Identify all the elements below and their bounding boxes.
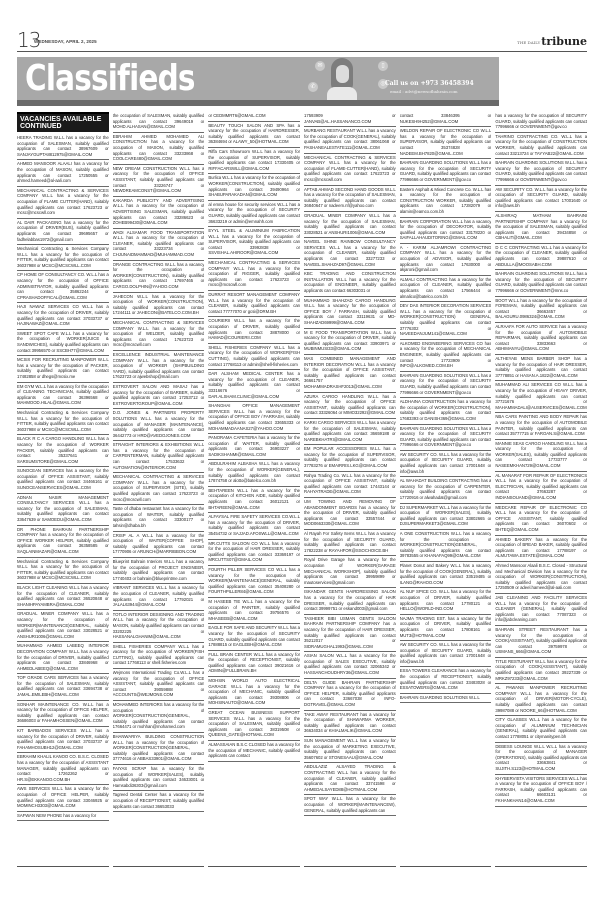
classified-ad: BHANWARIYA BUILDING CONSTRUCTION W.L.L h…: [113, 733, 205, 765]
section-heading: VACANCIES AVAILABLE CONTINUED: [17, 112, 109, 132]
classified-ad: TOTLO INTERIOR DESIGNING AND TRADING W.L…: [113, 611, 205, 643]
classified-ad: CP HOME OF CONSULTANCY CO. W.L.L has a v…: [17, 271, 109, 303]
classified-ad: MOHSIN WORLD AUTO ELECTRICAL GARAGE W.L.…: [208, 677, 300, 709]
classified-ad: DELTA GUIDE BAHRAIN PARTNERSHIP COMPANY …: [304, 679, 396, 711]
classified-ad: EAGLE FOR SAFE AND SECURITY W.L.L has a …: [208, 624, 300, 650]
ad-list: HEERA TRADING W.L.L has a vacancy for th…: [17, 134, 109, 821]
envelope-icon: ✉: [315, 61, 325, 71]
classified-ad: KBC TRADING AND CONSTRUCTION INSTALLATIO…: [304, 270, 396, 296]
classified-ad: ALTHEYAB MENS BARBER SHOP has a vacancy …: [495, 355, 587, 381]
classified-ad: STRAIGHT INTERIORS & EXHIBITIONS W.L.L h…: [113, 441, 205, 473]
classified-ad: NBA CARS PAINTING AND BODY REPAIR has a …: [495, 413, 587, 439]
classified-ad: HAJI NAWAZ SERVICES CO W.L.L has a vacan…: [17, 303, 109, 329]
classified-ad: Burlica W.L.L has a vacancy for the occu…: [208, 174, 300, 200]
classified-ad: BLACK LIGHT CLEANING W.L.L has a vacancy…: [17, 584, 109, 610]
classified-ad: JAB CLEANING AND FACILITY SERVICES W.L.L…: [495, 594, 587, 626]
classified-ad: AL WAHADAT BUILDING CONTRACTING has a va…: [400, 477, 492, 503]
banner-title: Classifieds: [25, 57, 195, 101]
classified-ad: Mechanical Contracting & Services Compan…: [17, 558, 109, 584]
classified-ad: KHYBERVISTA VISITORS SERVICES W.L.L has …: [495, 775, 587, 807]
classified-ad: ORANGE CONTRACTING W.L.L has a vacancy f…: [113, 261, 205, 293]
column-3: or CEDMMRT6@GMAIL.COMBEAUTY TOUCH SALON …: [208, 112, 300, 867]
classified-ad: TOP GRADE CARS SERVICES has a vacancy fo…: [17, 674, 109, 700]
classified-ad: ISKANDAR GENTS HAIRDRESSING SALON has a …: [304, 588, 396, 614]
classified-ad: AL MANARAT FOR REPAIR OF ELECTRONICS W.L…: [495, 472, 587, 504]
classified-ad: NAJMA TRADING EST. has a vacancy for the…: [400, 615, 492, 641]
phone-icon: ✆: [308, 82, 318, 92]
classified-ad: GREAT OCEAN BUSINESS SUPPORT SERVICES W.…: [208, 709, 300, 741]
classified-ad: BLACK R C A CARGO HANDLING W.L.L has a v…: [17, 435, 109, 467]
mobile-icon: ▯: [378, 61, 388, 71]
classifieds-banner: Classifieds ✉ ✆ ▯ ◎ Call us on +973 3645…: [17, 57, 499, 106]
classified-ad: BOOT W.L.L has a vacancy for the occupat…: [495, 297, 587, 323]
classified-ad: MUHAMMAD ALI SERVICES CO W.L.L has a vac…: [495, 381, 587, 413]
classified-ad: KAKARDA PUBLICITY AND ADVERTISING W.L.L …: [113, 197, 205, 229]
classified-ad: NEW DREAM CONSTRUCTION W.L.L has a vacan…: [113, 165, 205, 197]
classified-ad: GRADUAL MINER COMPANY W.L.L has a vacanc…: [304, 212, 396, 238]
classified-ad: BEAUTY TOUCH SALON AND SPA has a vacancy…: [208, 122, 300, 148]
classified-ad: COURIERII W.L.L has a vacancy for the oc…: [208, 317, 300, 343]
classified-ad: Wejmons International Trading Co.W.L.L h…: [113, 669, 205, 701]
column-2: the occupation of SALESMAN, suitably qua…: [113, 112, 205, 867]
classified-ad: contact 33846395 or NUKESH9H252@GMAIL.CO…: [400, 112, 492, 127]
classified-ad: MECHANICAL CONTRACTING & SERVICES COMPAN…: [113, 473, 205, 505]
classified-ad: MECHANICAL CONTRACTING & SERVICES COMPAN…: [17, 187, 109, 219]
classified-ad: FOURTH PILLER SERVICES CO W.L.L has a va…: [208, 566, 300, 598]
classified-ad: NAVEEL SHINE RAINBOW CONSULTANCY SERVICE…: [304, 238, 396, 270]
classified-ad: TAKE AWAY RESTAURANT has a vacancy for t…: [304, 711, 396, 737]
classified-ad: SONHAR MAINTENANCE CO. W.L.L has a vacan…: [17, 701, 109, 727]
classified-ad: EBRAHIM KHALIL KANOO CO. B.S.C. CLOSED h…: [17, 753, 109, 785]
classified-ad: the occupation of SALESMAN, suitably qua…: [113, 112, 205, 133]
classified-ad: SHELL FISHERIES COMPANY W.L.L has a vaca…: [208, 344, 300, 370]
classified-ad: TAHRINO CONTRACTING CO. W.L.L has a vaca…: [495, 133, 587, 159]
classified-ad: M E FOOD TRANSPORTATION W.L.L has a vaca…: [304, 329, 396, 355]
classified-ad: has a vacancy for the occupation of SECU…: [495, 112, 587, 133]
classified-ad: BAHRAIN GUARDING SOLUTIONS W.L.L has a v…: [495, 270, 587, 296]
classified-ad: ALSHIRAQ MATHAM BAHRAINI PARTNERSHIP COM…: [495, 212, 587, 244]
newspaper-logo: THE DAILYtribune: [517, 35, 587, 48]
classified-ad: AZURA CARGO HANDLING W.L.L has a vacancy…: [304, 393, 396, 419]
classified-ad: DAR ALSHAM MEDICAL CENTER has a vacancy …: [208, 370, 300, 402]
classified-ad: BEHTAREEN W.L.L has a vacancy for the oc…: [208, 487, 300, 513]
classified-ad: TITLE RESTURANT W.L.L has a vacancy for …: [495, 658, 587, 684]
classified-ad: AL DAIR PACKAGING has a vacancy for the …: [17, 219, 109, 245]
classified-ad: AW SECURITY CO. W.L.L has a vacancy for …: [400, 641, 492, 667]
classified-ad: MR.CUTTS SALOON CO W.L.L has a vacancy f…: [208, 540, 300, 566]
masthead: 13 WEDNESDAY, APRIL 2, 2025 THE DAILYtri…: [17, 30, 587, 52]
classified-ad: ALMASSAIAN B.S.C CLOSED has a vacancy fo…: [208, 741, 300, 762]
classified-ad: FAIYAS SCRAP has a vacancy for the occup…: [113, 765, 205, 791]
classified-ad: Al Rayah For Safety Items W.L.L has a va…: [304, 530, 396, 556]
classified-ad: Rahya Trading Co. W.L.L has a vacancy fo…: [304, 472, 396, 498]
classified-ad: M HASEEB TIE W.L.L has a vacancy for the…: [208, 598, 300, 624]
classified-ad: DURRAT RESORT MANAGEMENT COMPANY W.L.L h…: [208, 291, 300, 317]
classified-ad: BAHRAIN GUARDING SOLUTIONS W.L.L: [400, 694, 492, 704]
logo-prefix: THE DAILY: [517, 40, 540, 45]
classified-ad: SUN MANAGEMENT W.L.L has a vacancy for t…: [304, 737, 396, 763]
classified-ad: MUHAMMAD SHAHZAD CARGO HANDLING W.L.L ha…: [304, 297, 396, 329]
classified-ad: WELDON REPAIR OF ELECTRONIC CO W.L.L has…: [400, 127, 492, 159]
classified-ad: AWS SERVICES W.L.L has a vacancy for the…: [17, 785, 109, 811]
classified-ad: ALFAYSAL FIRE SAFETY SERVICES CO.W.L.L h…: [208, 513, 300, 539]
classified-ad: AW SECURITY CO. W.L.L has a vacancy for …: [495, 186, 587, 212]
classified-ad: FULL BRAIN CENTER W.L.L has a vacancy fo…: [208, 651, 300, 677]
classified-ad: CRISP AL A W.L.L has a vacancy for the o…: [113, 532, 205, 558]
classified-ad: ADNAN NASIR MANAGEMENT CONSULTANCY SERVI…: [17, 494, 109, 526]
avatar-body: [327, 87, 357, 100]
classified-ad: WADI ALSAMAR FOOD TRANSPORTATION W.L.L h…: [113, 229, 205, 261]
classified-ad: GRADUAL MINER COMPANY W.L.L has a vacanc…: [17, 610, 109, 642]
classified-ad: BAHRAIN GUARDING SOLUTIONS W.L.L has a v…: [495, 159, 587, 185]
classified-ad: HEERA TRADING W.L.L has a vacancy for th…: [17, 134, 109, 160]
classified-ad: or CEDMMRT6@GMAIL.COM: [208, 112, 300, 122]
ad-list: 17593909 or JANVAB@AL.HASSANANCO.COMMURB…: [304, 112, 396, 816]
classified-ad: SHANGHAI OFFICE MANAGEMENT SERVICES W.L.…: [208, 402, 300, 434]
avatar-face: [336, 65, 349, 83]
classified-ad: AW SECURITY CO. W.L.L has a vacancy for …: [400, 451, 492, 477]
classified-ad: ABDULAZIZ ALSAYED TRADING & CONTRACTING …: [304, 763, 396, 795]
classified-ad: D.O. JONES & PARTNERS PROPERTY SOLUTIONS…: [113, 409, 205, 441]
classified-ad: MEDCARE REPAIR OF ELECTRONIC CO W.L.L ha…: [495, 504, 587, 536]
classified-ad: EXTROVERT SALON AND MASAJ has a vacancy …: [113, 383, 205, 409]
ad-list: contact 33846395 or NUKESH9H252@GMAIL.CO…: [400, 112, 492, 703]
classified-ad: TASHEER BIBI USMAN GENTS SALOON BAHRAIN …: [304, 615, 396, 653]
ad-list: has a vacancy for the occupation of SECU…: [495, 112, 587, 807]
classified-ad: EM GYM W.L.L has a vacancy for the occup…: [17, 383, 109, 409]
classified-ad: JAHECON W.L.L has a vacancy for the occu…: [113, 293, 205, 319]
classified-ad: D C C CONTRACTING W.L.L has a vacancy fo…: [495, 244, 587, 270]
column-5: contact 33846395 or NUKESH9H252@GMAIL.CO…: [400, 112, 492, 867]
classified-ad: al emna house for security services W.L.…: [208, 201, 300, 227]
classified-ad: BAHRAIN STREET RESTAURANT has a vacancy …: [495, 626, 587, 658]
classified-ad: ABDULRAHIM ALBASHA W.L.L has a vacancy f…: [208, 460, 300, 486]
classified-ad: Eastern Asphalt & Mixed Concrete Co. W.L…: [400, 186, 492, 218]
classified-ad: AL PAWANS MANPOWER RECRUITING COMPANY W.…: [495, 684, 587, 716]
column-4: 17593909 or JANVAB@AL.HASSANANCO.COMMURB…: [304, 112, 396, 867]
classified-ad: SUNOCEAN SERVICES has a vacancy for the …: [17, 467, 109, 493]
classified-ad: EM POPULAR ACCESSORIES W.L.L has a vacan…: [304, 445, 396, 471]
classified-ad: DR PHONE BAHRAIN PARTNERSHIP COMPANY has…: [17, 526, 109, 558]
classified-ad: BAHRAIN CORPORATION W.L.L has a vacancy …: [400, 218, 492, 244]
classified-ad: MAS COMBINED MANAGEMENT AND INTERIOR DEC…: [304, 355, 396, 393]
classified-ad: KARKI CARGO SERVICES W.L.L has a vacancy…: [304, 419, 396, 445]
classified-ad: Riffa Cars Showroom W.L.L has a vacancy …: [208, 148, 300, 174]
classified-ad: Tagreed Dental Center has a vacancy for …: [113, 791, 205, 812]
classified-ad: A - KARIM ALJAMROWI CONTRACTING COMPANY …: [400, 244, 492, 276]
column-1: VACANCIES AVAILABLE CONTINUED HEERA TRAD…: [17, 112, 109, 867]
classified-ad: EYYL STEEL & ALUMINIUM FABRICATION W.L.L…: [208, 227, 300, 259]
classified-ad: SWEET SPOT CAFE W.L.L has a vacancy for …: [17, 330, 109, 356]
classified-ad: ALKOMED ENGINEERING SERVICES CO has a va…: [400, 340, 492, 372]
classified-ad: Royal Drive Garage has a vacancy for the…: [304, 556, 396, 588]
classified-ad: SHELL FISHERIES COMPANY W.L.L has a vaca…: [113, 643, 205, 669]
classified-ad: KIT BARBADOS SERVICES W.L.L has a vacanc…: [17, 727, 109, 753]
classified-ad: EBRAHIM AHMED MOHAMED ALI CONSTRUCTION h…: [113, 133, 205, 165]
classified-ad: AFTAB AHMAD SECOND HAND GOODS W.L.L has …: [304, 186, 396, 212]
classified-ad: 17593909 or JANVAB@AL.HASSANANCO.COM: [304, 112, 396, 127]
classified-ad: ALRAAFA FOR AUTO SERVICE has a vacancy f…: [495, 323, 587, 355]
classified-ad: EXCELLENCE INDUSTRIAL MAINTENANCE COMPAN…: [113, 351, 205, 383]
logo-text: tribune: [541, 35, 587, 48]
classified-ad: Taste of dhaba restaurant has a vacancy …: [113, 505, 205, 531]
classified-ad: DEBESS LOUNGE W.L.L W.L.L has a vacancy …: [495, 743, 587, 775]
issue-date: WEDNESDAY, APRIL 2, 2025: [34, 39, 97, 44]
classified-ad: Mechanical Contracting & Services Compan…: [17, 409, 109, 435]
classified-ad: MOHAMMED INTERIORS has a vacancy for the…: [113, 701, 205, 733]
classified-ad: MUHAMMAD AHMED LABEEQ INTERIOR DECORATIO…: [17, 642, 109, 674]
classified-ad: Planet Donut and Bakery W.L.L has a vaca…: [400, 562, 492, 588]
contact-phone: Call us on +973 36458394: [385, 80, 474, 87]
classified-ad: MANNIE SEAS CARGO HANDLING W.L.L has a v…: [495, 440, 587, 472]
classified-ad: MCSIX FOR RECRUITING MANPOWER W.L.L has …: [17, 356, 109, 382]
classified-ad: Mechanical Contracting & Services Compan…: [17, 245, 109, 271]
classified-ad: A ONE CONSTRUCTION W.L.L has a vacancy f…: [400, 530, 492, 562]
classified-ad: Ahmed Mansoor Alaali B.S.C. Closed - Str…: [495, 562, 587, 594]
classified-ad: ALDHAINA CONSTRUCTION has a vacancy for …: [400, 398, 492, 424]
classified-ad: ESSA TOWERS CLEARANCE has a vacancy for …: [400, 667, 492, 693]
classified-ad: VIBRANT SERVICES W.L.L has a vacancy for…: [113, 584, 205, 610]
classified-ad: ALMALI CONTRACTING has a vacancy for the…: [400, 276, 492, 302]
classified-ad: AHMED MANSOOR ALAALI has a vacancy for t…: [17, 160, 109, 186]
classified-ad: Blueprint Bahrain Interiors W.L.L has a …: [113, 558, 205, 584]
column-6: has a vacancy for the occupation of SECU…: [495, 112, 587, 867]
classified-ad: MURBANG RESTAURANT W.L.L has a vacancy f…: [304, 127, 396, 153]
classified-ad: DEV DAS INTERIOR DECORATION SERVICES W.L…: [400, 302, 492, 340]
ad-list: or CEDMMRT6@GMAIL.COMBEAUTY TOUCH SALON …: [208, 112, 300, 762]
classified-ad: BAHRAIN GUARDING SOLUTIONS W.L.L has a v…: [400, 159, 492, 185]
ad-list: the occupation of SALESMAN, suitably qua…: [113, 112, 205, 812]
classified-ad: AHMED BAKERY has a vacancy for the occup…: [495, 536, 587, 562]
classified-columns: VACANCIES AVAILABLE CONTINUED HEERA TRAD…: [17, 112, 587, 867]
classified-ad: BAHRAIN GUARDING SOLUTIONS W.L.L has a v…: [400, 372, 492, 398]
classified-ad: PANORAMA CAFETERIA has a vacancy for the…: [208, 434, 300, 460]
classified-ad: MECHANICAL CONTRACTING & SERVICES COMPAN…: [113, 319, 205, 351]
classified-ad: UM TOWING AND REMOVING OF ABANDONMENT BO…: [304, 498, 396, 530]
classified-ad: AL NUF SPICE CO. W.L.L has a vacancy for…: [400, 588, 492, 614]
classified-ad: DJ SUPERMARKET W.L.L has a vacancy for t…: [400, 504, 492, 530]
classified-ad: MECHANICAL CONTRACTING & SERVICES COMPAN…: [208, 259, 300, 291]
classified-ad: SPOT WAY W.L.L has a vacancy for the occ…: [304, 795, 396, 816]
classified-ad: ASIAN SALON W.L.L has a vacancy for the …: [304, 652, 396, 678]
contact-email: email : advt@newsofbahrain.com: [390, 89, 458, 94]
classified-ad: BAHRAIN GUARDING SOLUTIONS W.L.L has a v…: [400, 425, 492, 451]
classified-ad: SAFWAN NEW PHONE has a vacancy for: [17, 812, 109, 822]
classified-ad: MECHANICAL CONTRACTING & SERVICES COMPAN…: [304, 154, 396, 186]
classified-ad: CITY GLASSES W.L.L has a vacancy for the…: [495, 716, 587, 742]
